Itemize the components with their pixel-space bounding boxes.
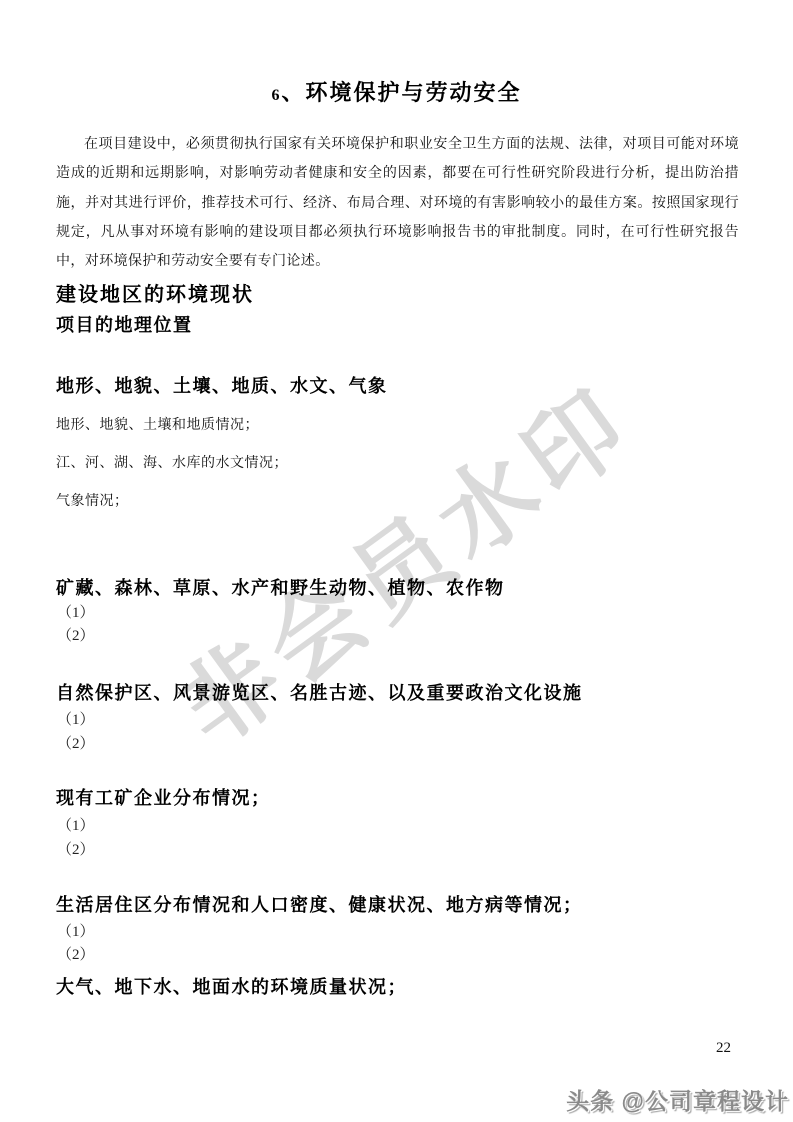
title-separator: 、 <box>281 80 305 105</box>
title-text: 环境保护与劳动安全 <box>306 80 522 105</box>
brand-watermark: 头条 @公司章程设计 <box>566 1083 789 1116</box>
enum-item: （1） <box>57 920 95 941</box>
section-heading-enterprises: 现有工矿企业分布情况； <box>56 784 271 810</box>
enum-item: （1） <box>57 601 95 622</box>
sub-heading: 项目的地理位置 <box>56 311 193 337</box>
section-heading-resources: 矿藏、森林、草原、水产和野生动物、植物、农作物 <box>56 574 505 600</box>
enum-item: （2） <box>57 624 95 645</box>
section-item: 地形、地貌、土壤和地质情况； <box>56 414 259 434</box>
enum-item: （2） <box>57 838 95 859</box>
enum-item: （1） <box>57 814 95 835</box>
intro-paragraph: 在项目建设中，必须贯彻执行国家有关环境保护和职业安全卫生方面的法规、法律，对项目… <box>56 129 739 275</box>
title-number: 6 <box>271 87 281 104</box>
section-item: 江、河、湖、海、水库的水文情况； <box>56 452 288 472</box>
enum-item: （2） <box>57 943 95 964</box>
section-heading-terrain: 地形、地貌、土壤、地质、水文、气象 <box>56 372 388 398</box>
section-heading-reserves: 自然保护区、风景游览区、名胜古迹、以及重要政治文化设施 <box>56 679 583 705</box>
page-title: 6、环境保护与劳动安全 <box>0 76 793 107</box>
document-page: 非会员水印 6、环境保护与劳动安全 在项目建设中，必须贯彻执行国家有关环境保护和… <box>0 0 793 1122</box>
chapter-heading: 建设地区的环境现状 <box>56 278 254 307</box>
enum-item: （1） <box>57 708 95 729</box>
section-heading-residential: 生活居住区分布情况和人口密度、健康状况、地方病等情况； <box>56 891 583 917</box>
enum-item: （2） <box>57 732 95 753</box>
section-item: 气象情况； <box>56 490 129 510</box>
page-number: 22 <box>716 1040 731 1057</box>
section-heading-environment-quality: 大气、地下水、地面水的环境质量状况； <box>56 973 407 999</box>
watermark-text: 非会员水印 <box>147 349 656 771</box>
